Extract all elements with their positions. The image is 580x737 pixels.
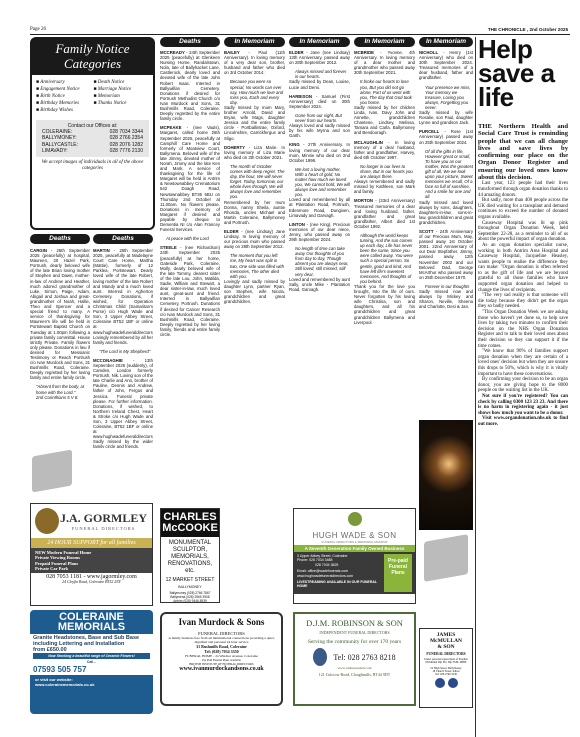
crest-icon — [35, 508, 59, 534]
hw-logo-icon — [348, 512, 362, 526]
ad-djm-robinson: D.J.M. ROBINSON & SON INDEPENDENT FUNERA… — [293, 612, 416, 706]
ad-james-mcmullan: JAMES McMULLAN & SON FUNERAL DIRECTORS U… — [419, 628, 473, 708]
category-item: Marriage Notice — [94, 86, 150, 93]
bible-image — [32, 449, 72, 492]
memoriam-notice: SCOTT - 24th Anniversary of our Precious… — [419, 229, 473, 280]
category-item: Birthday Memories — [36, 100, 92, 107]
death-notice: MCPEAKE - (nee Vauls), Margaret, called … — [160, 125, 220, 232]
section-in-memoriam: In Memoriam — [419, 37, 473, 47]
ad-charles-mccooke: CHARLES McCOOKE MONUMENTAL SCULPTOR, MEM… — [160, 508, 220, 603]
ad-coleraine-memorials: COLERAINE MEMORIALS Granite Headstones, … — [30, 610, 153, 714]
memoriam-notice: MORTON - (33rd Anniversary) Treasured me… — [354, 198, 415, 229]
section-in-memoriam: In Memoriam — [289, 37, 350, 47]
memoriam-notice: LINTON - (nee King). Precious memories o… — [289, 222, 350, 242]
accept-note: We accept images of individuals in all o… — [32, 160, 153, 172]
death-notice: STEELE - (nee Richardson) 24th September… — [160, 245, 220, 337]
death-notice: MARTIN - 25th September 2025, peacefully… — [93, 248, 153, 345]
section-deaths: Deaths — [160, 37, 220, 47]
death-notice: MCCONAGHIE - 13th September 2025 (sudden… — [93, 358, 153, 448]
death-notice: MCCREADY - 24th September 2025 (peaceful… — [160, 50, 220, 121]
notice-column-3: MCCREADY - 24th September 2025 (peaceful… — [160, 50, 220, 480]
memoriam-column-3: MCBRIDE - Yvonne. 4th Anniversary. In lo… — [354, 50, 415, 500]
notice-column-2: MARTIN - 25th September 2025, peacefully… — [93, 248, 153, 448]
section-deaths: Deaths — [30, 234, 90, 244]
memoriam-notice: PURCELL - Rose (1st Anniversary) passed … — [419, 129, 473, 144]
memoriam-column-1: BAILEY - Paul (11th Anniversary). In lov… — [224, 50, 285, 565]
category-item: Birthday Wishes — [36, 107, 92, 114]
category-item: Memoriam — [94, 93, 150, 100]
category-item: Anniversary — [36, 79, 92, 86]
contact-offices: Contact our Offices at: COLERAINE:028 70… — [36, 120, 149, 157]
ad-gormley: J.A. GORMLEY FUNERAL DIRECTORS 24 HOUR S… — [30, 503, 153, 606]
memoriam-notice: ELDER - (nee Lindsay) Jane Lindsay. In l… — [224, 229, 285, 249]
category-item: Death Notice — [94, 79, 150, 86]
memoriam-notice: MCBRIDE - Yvonne. 4th Anniversary. In lo… — [354, 50, 415, 75]
memoriam-column-4: NICHOLL - Henry (1st Anniversary) who di… — [419, 50, 473, 365]
memoriam-notice: NICHOLL - Henry (1st Anniversary) who di… — [419, 50, 473, 81]
memoriam-notice: DOHERTY - Liza Marie. In loving memory o… — [224, 145, 285, 160]
bible-image — [424, 534, 468, 582]
column-divider — [475, 37, 476, 737]
categories-title: Family Notice Categories — [30, 37, 155, 75]
memoriam-notice: KING - 27th Anniversary. In loving memor… — [289, 142, 350, 162]
memoriam-notice: ELDER - Jane (nee Lindsay) 13th Annivers… — [289, 50, 350, 65]
category-item: Birth Notice — [36, 93, 92, 100]
page-number: Page 26 — [30, 27, 46, 32]
section-in-memoriam: In Memoriam — [354, 37, 415, 47]
feature-headline: Help save a life — [478, 37, 568, 109]
masthead: THE CHRONICLE , 2nd October 2025 — [488, 27, 568, 32]
memoriam-notice: HARBISON - Samuel (First Anniversary) di… — [289, 94, 350, 109]
memoriam-notice: BAILEY - Paul (11th Anniversary). In lov… — [224, 50, 285, 75]
memoriam-column-2: ELDER - Jane (nee Lindsay) 13th Annivers… — [289, 50, 350, 500]
ad-ivan-murdock: Ivan Murdock & Sons FUNERAL DIRECTORS A … — [160, 612, 283, 706]
candle-photo — [419, 420, 473, 530]
category-item: Engagement Notice — [36, 86, 92, 93]
notice-column-1: CARGIN - 26th September 2025 (peacefully… — [30, 248, 90, 448]
office-row: LIMAVADY:028 7776 2130 — [42, 148, 143, 154]
ad-hugh-wade: HUGH WADE & SON FUNERAL DIRECTORS & MEMO… — [293, 508, 416, 604]
crest-icon — [448, 678, 458, 688]
crest-icon — [435, 678, 445, 688]
death-notice: CARGIN - 26th September 2025 (peacefully… — [30, 248, 90, 380]
category-list: Anniversary Death Notice Engagement Noti… — [32, 75, 153, 114]
section-in-memoriam: In Memoriam — [224, 37, 285, 47]
memoriam-notice: MCLAUGHLIN - In loving memory of a dear … — [354, 140, 415, 160]
section-deaths: Deaths — [93, 234, 153, 244]
category-item: Thanks Notice — [94, 100, 150, 107]
feature-body: THE Northern Health and Social Care Trus… — [478, 123, 568, 737]
crest-icon — [313, 648, 327, 666]
categories-box: Anniversary Death Notice Engagement Noti… — [30, 75, 155, 230]
